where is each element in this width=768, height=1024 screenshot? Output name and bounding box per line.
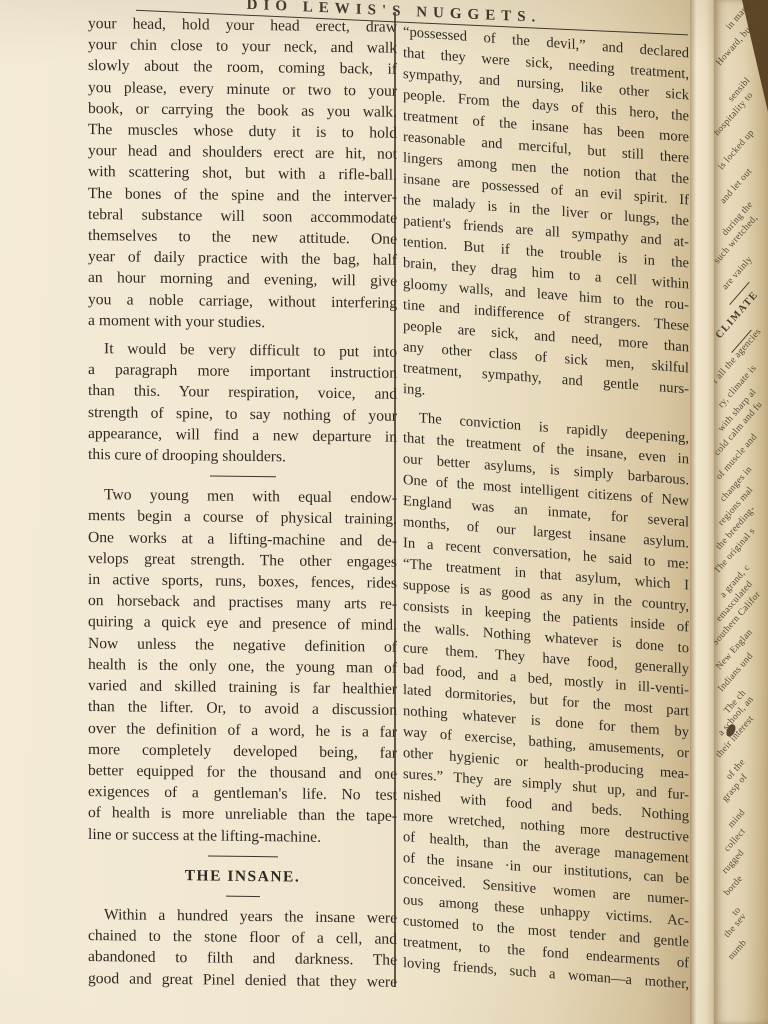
text-line: of health is more unreliable than the ta… [88,802,397,827]
paragraph: It would be very difficult to put intoa … [88,338,397,469]
page-gutter [690,0,716,1024]
text-line: line or success at the lifting-machine. [88,824,397,849]
paragraph: Two young men with equal endow-ments beg… [88,484,397,848]
book-photo: DIO LEWIS'S NUGGETS. your head, hold you… [0,0,768,1024]
book-page: DIO LEWIS'S NUGGETS. your head, hold you… [0,0,696,1024]
right-column: “possessed of the devil,” and declaredth… [403,22,689,1003]
next-page-text-fragment: collect [722,827,748,854]
next-page-text-fragment: numb [726,938,749,962]
next-page-text-fragment: rugged [720,848,746,876]
paragraph: your head, hold your head erect, drawyou… [88,13,397,335]
text-line: this cure of drooping shoulders. [88,444,397,469]
next-page-text-fragment: borde [722,874,745,898]
paragraph: Within a hundred years the insane werech… [88,904,397,993]
book-cover-corner [742,0,768,112]
text-line: good and great Pinel denied that they we… [88,968,397,993]
section-divider-rule [208,855,278,857]
column-divider-rule [394,12,396,987]
left-column: your head, hold your head erect, drawyou… [88,13,397,1000]
text-line: abandoned to filth and darkness. The [88,946,397,971]
section-divider-rule [226,896,260,897]
section-heading: THE INSANE. [88,864,397,889]
text-line: than the lifter. Or, to avoid a discussi… [88,696,397,721]
paragraph: “possessed of the devil,” and declaredth… [403,22,689,422]
next-page-text-fragment: are vainly [720,255,754,292]
section-divider-rule [210,476,276,478]
paragraph: The conviction is rapidly deepening,that… [403,407,689,996]
next-page-text-fragment: mind [726,808,747,830]
text-line: a moment with your studies. [88,310,397,335]
next-page-edge: in manyHoward, butsensiblhospitality toi… [714,0,768,1024]
